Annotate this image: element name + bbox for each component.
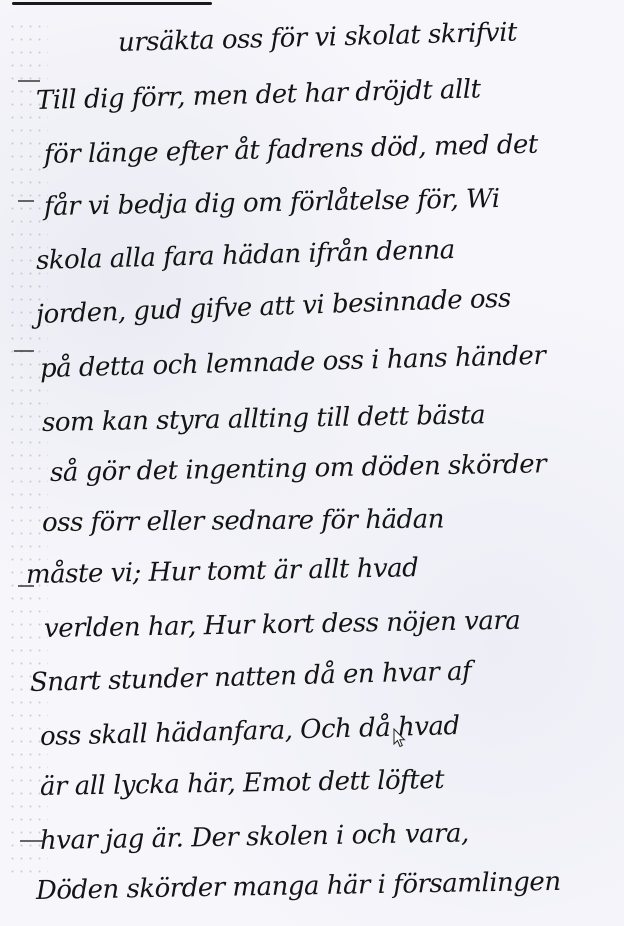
manuscript-line-12: verlden har, Hur kort dess nöjen vara [44,606,521,644]
mouse-pointer-icon [393,728,407,748]
manuscript-line-13: Snart stunder natten då en hvar af [30,656,472,698]
margin-tick [18,80,40,82]
manuscript-line-3: för länge efter åt fadrens död, med det [44,130,538,170]
manuscript-line-4: får vi bedja dig om förlåtelse för, Wi [44,184,500,222]
margin-tick [20,840,44,842]
top-rule-divider [12,2,212,5]
manuscript-line-11: måste vi; Hur tomt är allt hvad [26,553,419,590]
manuscript-line-17: Döden skörder manga här i församlingen [36,867,561,906]
manuscript-line-6: jorden, gud gifve att vi besinnade oss [35,283,511,330]
manuscript-line-10: oss förr eller sednare för hädan [42,504,444,538]
manuscript-line-8: som kan styra allting till dett bästa [42,400,486,438]
manuscript-line-16: hvar jag är. Der skolen i och vara, [40,819,469,856]
margin-tick [18,200,34,202]
manuscript-line-15: är all lycka här, Emot dett löftet [40,765,445,802]
manuscript-page: ursäkta oss för vi skolat skrifvit Till … [0,0,624,926]
margin-tick [18,585,34,587]
manuscript-line-1: ursäkta oss för vi skolat skrifvit [118,18,518,58]
manuscript-line-7: på detta och lemnade oss i hans händer [40,341,546,384]
manuscript-line-5: skola alla fara hädan ifrån denna [36,235,456,276]
manuscript-line-2: Till dig förr, men det har dröjdt allt [36,74,481,116]
margin-tick [14,350,34,352]
manuscript-line-9: så gör det ingenting om döden skörder [50,449,547,488]
